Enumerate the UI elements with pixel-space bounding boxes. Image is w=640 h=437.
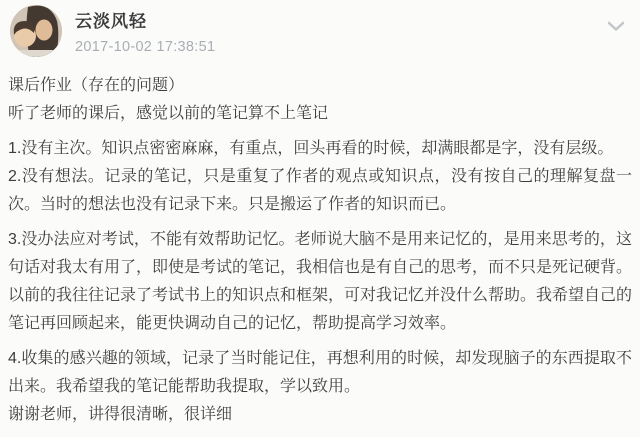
avatar-photo [10,5,62,57]
header-meta: 云淡风轻 2017-10-02 17:38:51 [75,5,215,55]
post-paragraph-title: 课后作业（存在的问题） [8,72,632,100]
chevron-down-icon[interactable] [607,19,625,30]
post-paragraph: 4.收集的感兴趣的领域，记录了当时能记住，再想利用的时候，却发现脑子的东西提取不… [8,345,632,401]
timestamp: 2017-10-02 17:38:51 [75,39,215,55]
post-body: 课后作业（存在的问题） 听了老师的课后，感觉以前的笔记算不上笔记 1.没有主次。… [0,60,640,429]
avatar[interactable] [10,5,62,57]
username[interactable]: 云淡风轻 [75,7,215,32]
post-paragraph: 听了老师的课后，感觉以前的笔记算不上笔记 [8,100,632,128]
post-card: 云淡风轻 2017-10-02 17:38:51 课后作业（存在的问题） 听了老… [0,0,640,437]
post-paragraph: 2.没有想法。记录的笔记，只是重复了作者的观点或知识点，没有按自己的理解复盘一次… [8,163,632,219]
post-header: 云淡风轻 2017-10-02 17:38:51 [0,0,640,60]
post-paragraph: 3.没办法应对考试，不能有效帮助记忆。老师说大脑不是用来记忆的，是用来思考的，这… [8,226,632,338]
post-paragraph-closing: 谢谢老师，讲得很清晰，很详细 [8,401,632,429]
post-paragraph: 1.没有主次。知识点密密麻麻，有重点，回头再看的时候，却满眼都是字，没有层级。 [8,135,632,163]
